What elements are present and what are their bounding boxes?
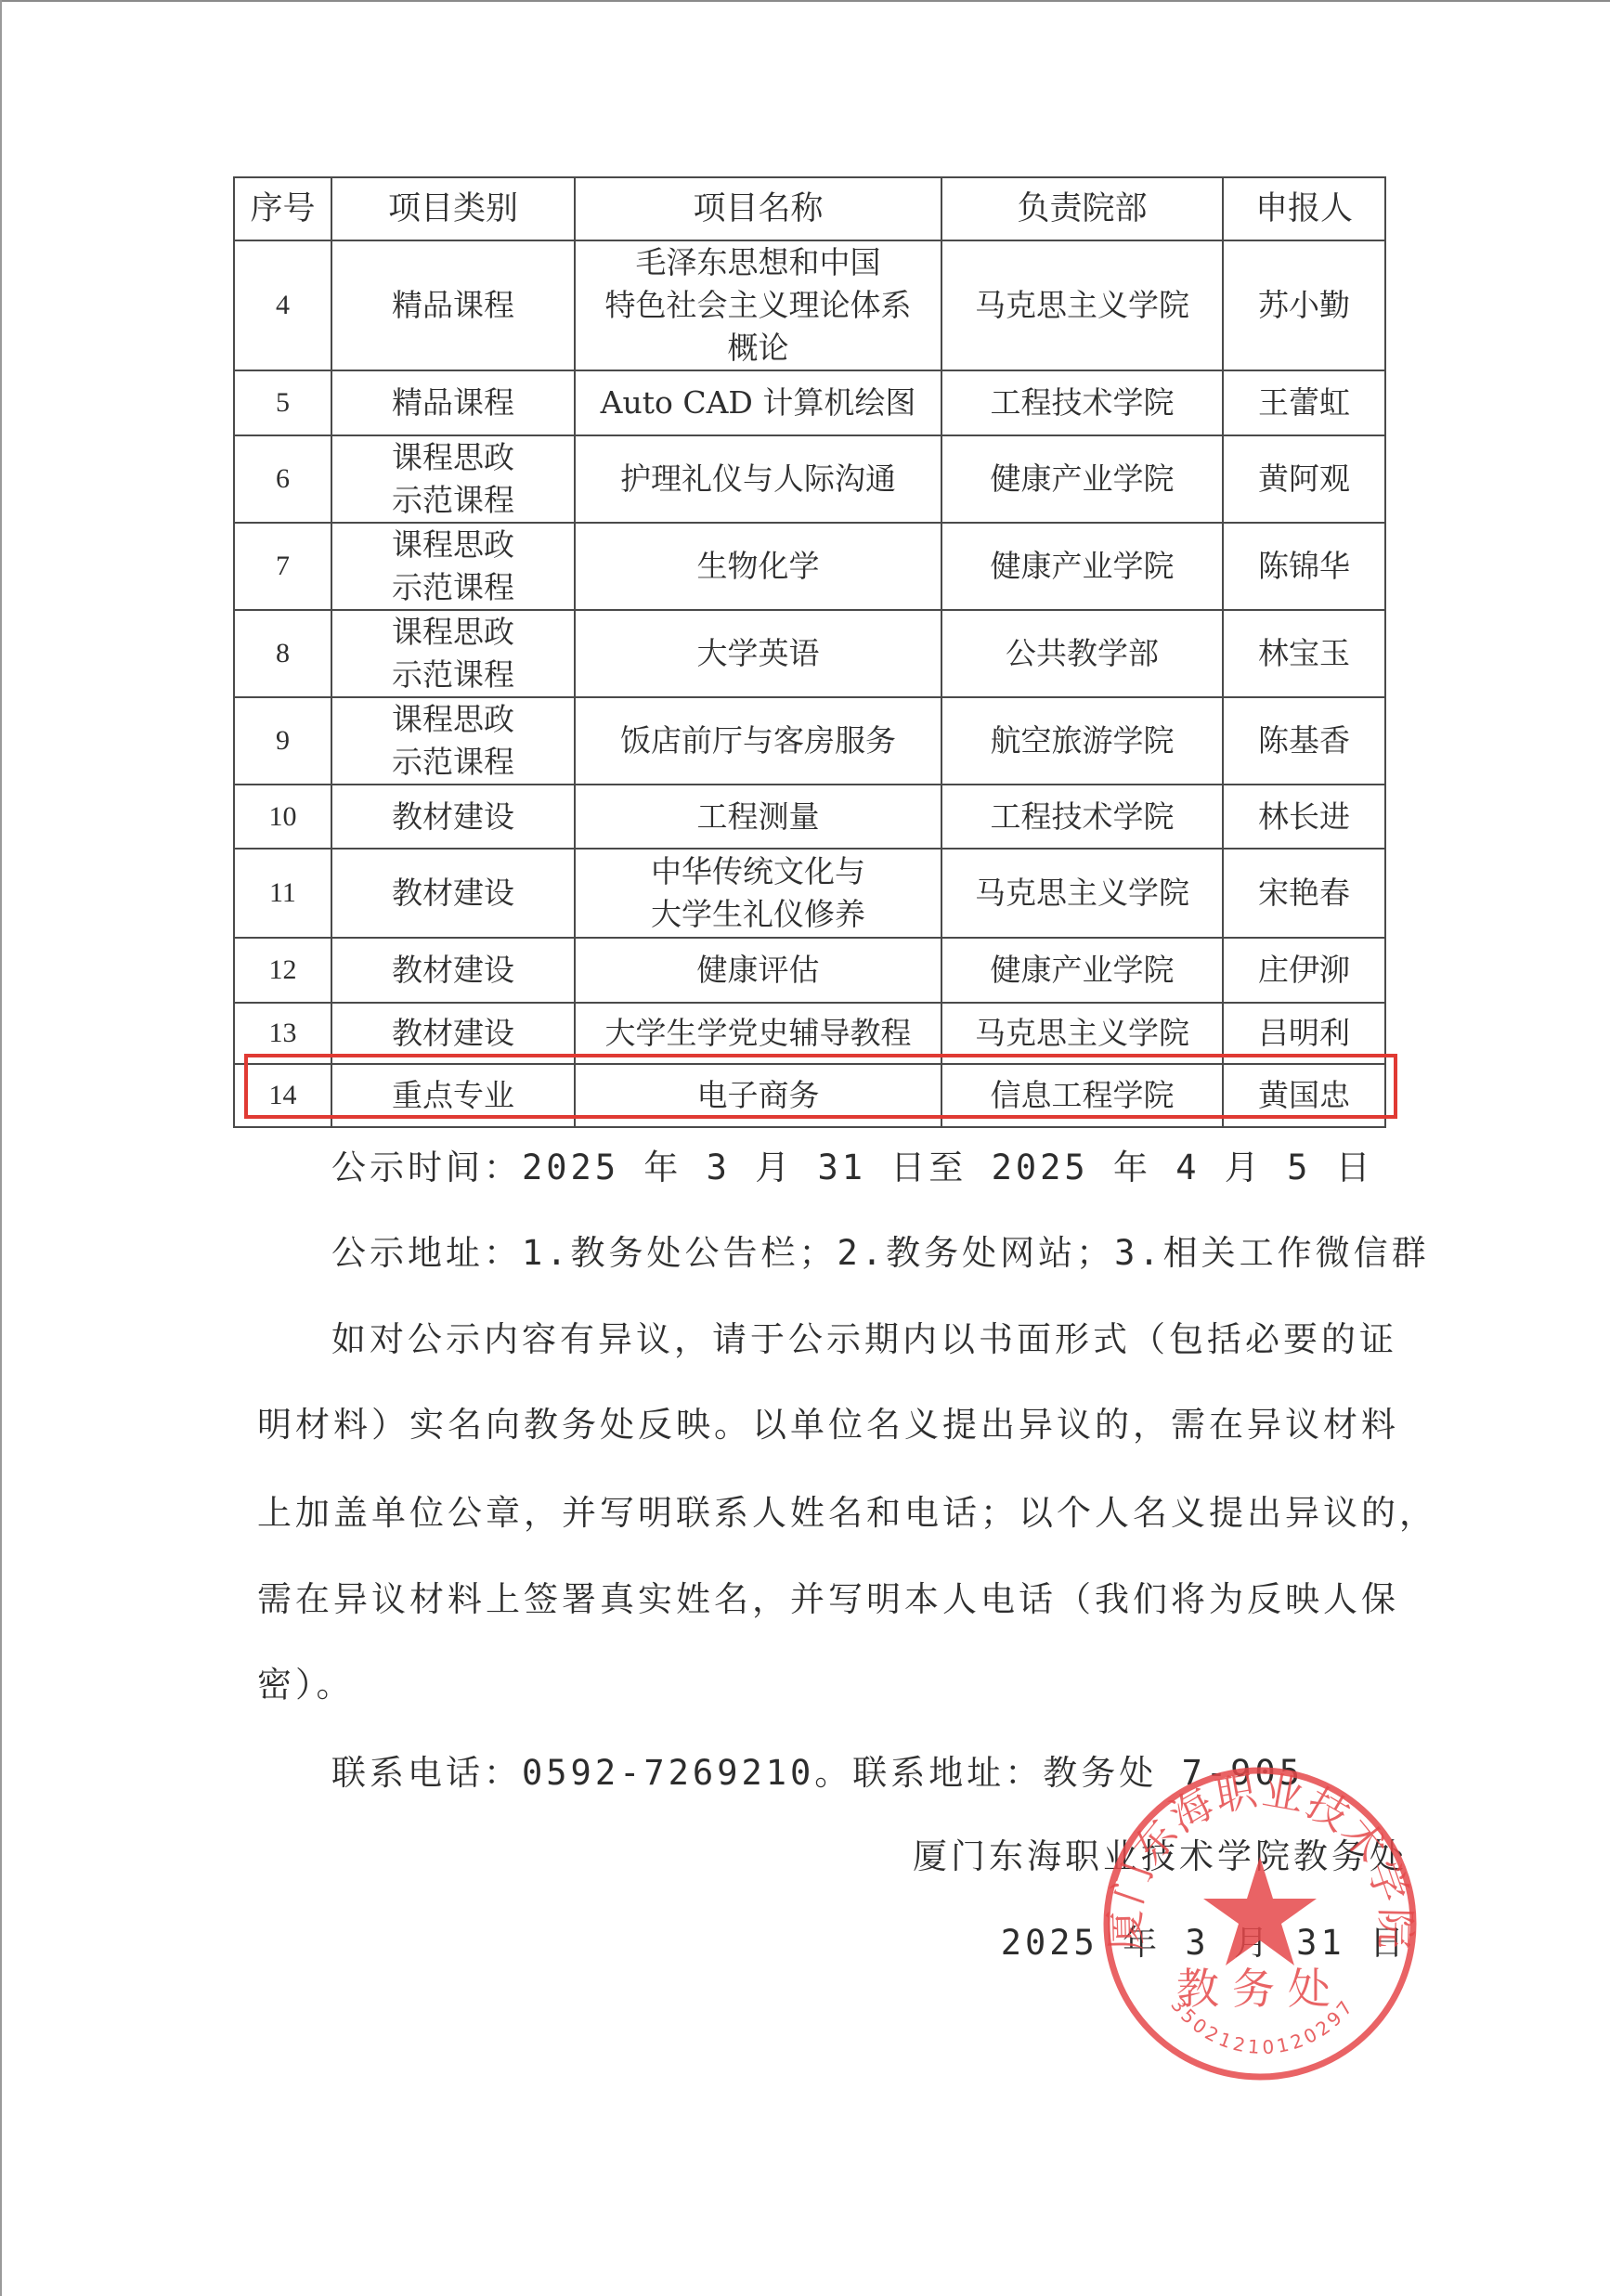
row-dept: 健康产业学院 — [941, 938, 1223, 1003]
row-dept: 工程技术学院 — [941, 785, 1223, 849]
row-no: 9 — [234, 697, 331, 785]
row-category: 教材建设 — [331, 938, 575, 1003]
row-no: 10 — [234, 785, 331, 849]
row-project-name: 健康评估 — [575, 938, 941, 1003]
issuer-signature: 厦门东海职业技术学院教务处 — [913, 1834, 1408, 1880]
table-row: 8 课程思政 示范课程 大学英语 公共教学部 林宝玉 — [234, 610, 1385, 697]
table-row: 13 教材建设 大学生学党史辅导教程 马克思主义学院 吕明利 — [234, 1003, 1385, 1064]
row-person: 黄国忠 — [1223, 1064, 1385, 1127]
row-project-name: 毛泽东思想和中国 特色社会主义理论体系 概论 — [575, 240, 941, 370]
row-person: 吕明利 — [1223, 1003, 1385, 1064]
row-project-name: 护理礼仪与人际沟通 — [575, 435, 941, 523]
notice-objection-line-1: 如对公示内容有异议，请于公示期内以书面形式（包括必要的证 — [331, 1317, 1397, 1363]
row-dept: 健康产业学院 — [941, 523, 1223, 610]
row-no: 7 — [234, 523, 331, 610]
row-project-name: 大学英语 — [575, 610, 941, 697]
row-person: 苏小勤 — [1223, 240, 1385, 370]
notice-location: 公示地址：1.教务处公告栏；2.教务处网站；3.相关工作微信群 — [331, 1230, 1430, 1277]
table-row: 5 精品课程 Auto CAD 计算机绘图 工程技术学院 王蕾虹 — [234, 370, 1385, 435]
row-person: 陈基香 — [1223, 697, 1385, 785]
row-category: 课程思政 示范课程 — [331, 697, 575, 785]
row-category: 精品课程 — [331, 240, 575, 370]
table-row-highlighted: 14 重点专业 电子商务 信息工程学院 黄国忠 — [234, 1064, 1385, 1127]
seal-code: 35021210120297 — [1166, 1994, 1358, 2059]
notice-objection-line-2: 明材料）实名向教务处反映。以单位名义提出异议的，需在异议材料 — [257, 1402, 1399, 1448]
row-dept: 马克思主义学院 — [941, 1003, 1223, 1064]
row-person: 陈锦华 — [1223, 523, 1385, 610]
row-project-name: 大学生学党史辅导教程 — [575, 1003, 941, 1064]
header-category: 项目类别 — [331, 177, 575, 240]
row-no: 12 — [234, 938, 331, 1003]
project-table: 序号 项目类别 项目名称 负责院部 申报人 4 精品课程 毛泽东思想和中国 特色… — [233, 176, 1386, 1128]
seal-center-text: 教务处 — [1176, 1964, 1344, 2014]
row-person: 林长进 — [1223, 785, 1385, 849]
row-category: 教材建设 — [331, 1003, 575, 1064]
row-category: 课程思政 示范课程 — [331, 523, 575, 610]
row-dept: 健康产业学院 — [941, 435, 1223, 523]
issue-date: 2025 年 3 月 31 日 — [1001, 1920, 1408, 1966]
notice-period: 公示时间：2025 年 3 月 31 日至 2025 年 4 月 5 日 — [331, 1145, 1374, 1191]
row-no: 4 — [234, 240, 331, 370]
table-row: 11 教材建设 中华传统文化与 大学生礼仪修养 马克思主义学院 宋艳春 — [234, 849, 1385, 938]
row-no: 11 — [234, 849, 331, 938]
header-name: 项目名称 — [575, 177, 941, 240]
row-person: 黄阿观 — [1223, 435, 1385, 523]
row-dept: 马克思主义学院 — [941, 240, 1223, 370]
header-no: 序号 — [234, 177, 331, 240]
row-category: 课程思政 示范课程 — [331, 435, 575, 523]
row-person: 宋艳春 — [1223, 849, 1385, 938]
row-no: 13 — [234, 1003, 331, 1064]
row-category: 精品课程 — [331, 370, 575, 435]
row-person: 王蕾虹 — [1223, 370, 1385, 435]
row-category: 教材建设 — [331, 849, 575, 938]
row-dept: 马克思主义学院 — [941, 849, 1223, 938]
table-header-row: 序号 项目类别 项目名称 负责院部 申报人 — [234, 177, 1385, 240]
row-category: 教材建设 — [331, 785, 575, 849]
notice-objection-line-3: 上加盖单位公章，并写明联系人姓名和电话；以个人名义提出异议的， — [257, 1490, 1437, 1537]
row-person: 林宝玉 — [1223, 610, 1385, 697]
table-row: 6 课程思政 示范课程 护理礼仪与人际沟通 健康产业学院 黄阿观 — [234, 435, 1385, 523]
row-category: 重点专业 — [331, 1064, 575, 1127]
notice-contact: 联系电话：0592-7269210。联系地址：教务处 7-905 — [331, 1750, 1304, 1797]
notice-objection-line-5: 密）。 — [257, 1662, 355, 1708]
row-project-name: 电子商务 — [575, 1064, 941, 1127]
row-dept: 工程技术学院 — [941, 370, 1223, 435]
table-row: 4 精品课程 毛泽东思想和中国 特色社会主义理论体系 概论 马克思主义学院 苏小… — [234, 240, 1385, 370]
page-edge-left — [0, 0, 2, 2296]
row-category: 课程思政 示范课程 — [331, 610, 575, 697]
row-dept: 航空旅游学院 — [941, 697, 1223, 785]
row-project-name: Auto CAD 计算机绘图 — [575, 370, 941, 435]
table-row: 10 教材建设 工程测量 工程技术学院 林长进 — [234, 785, 1385, 849]
notice-objection-line-4: 需在异议材料上签署真实姓名，并写明本人电话（我们将为反映人保 — [257, 1576, 1399, 1623]
row-person: 庄伊泖 — [1223, 938, 1385, 1003]
table-row: 9 课程思政 示范课程 饭店前厅与客房服务 航空旅游学院 陈基香 — [234, 697, 1385, 785]
row-project-name: 中华传统文化与 大学生礼仪修养 — [575, 849, 941, 938]
svg-text:35021210120297: 35021210120297 — [1166, 1994, 1358, 2059]
row-dept: 公共教学部 — [941, 610, 1223, 697]
table-row: 12 教材建设 健康评估 健康产业学院 庄伊泖 — [234, 938, 1385, 1003]
row-no: 8 — [234, 610, 331, 697]
row-dept: 信息工程学院 — [941, 1064, 1223, 1127]
row-project-name: 饭店前厅与客房服务 — [575, 697, 941, 785]
row-project-name: 生物化学 — [575, 523, 941, 610]
table-row: 7 课程思政 示范课程 生物化学 健康产业学院 陈锦华 — [234, 523, 1385, 610]
header-dept: 负责院部 — [941, 177, 1223, 240]
page-edge-top — [0, 0, 1610, 2]
header-person: 申报人 — [1223, 177, 1385, 240]
row-project-name: 工程测量 — [575, 785, 941, 849]
row-no: 14 — [234, 1064, 331, 1127]
row-no: 6 — [234, 435, 331, 523]
row-no: 5 — [234, 370, 331, 435]
